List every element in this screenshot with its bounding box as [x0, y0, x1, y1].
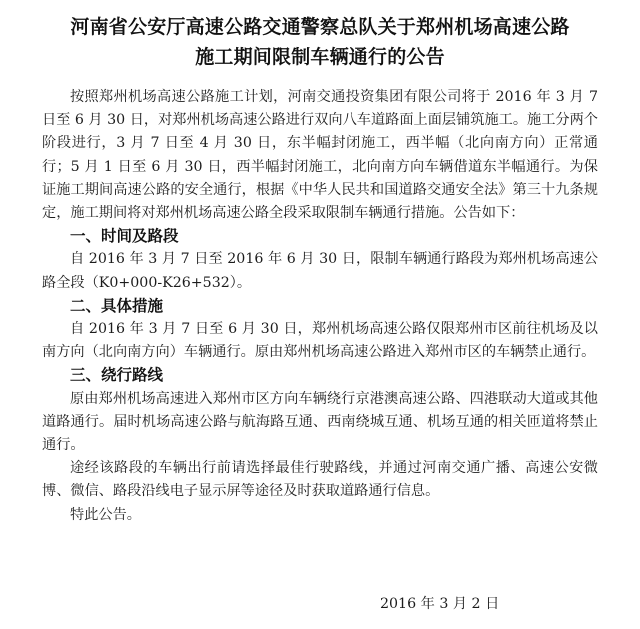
announcement-date: 2016 年 3 月 2 日 [380, 593, 499, 613]
section-heading-time-and-road: 一、时间及路段 [42, 225, 598, 248]
closing-paragraph: 特此公告。 [42, 504, 598, 527]
announcement-title-line-2: 施工期间限制车辆通行的公告 [0, 42, 640, 69]
section-heading-detour-route: 三、绕行路线 [42, 364, 598, 387]
section-paragraph: 途经该路段的车辆出行前请选择最佳行驶路线，并通过河南交通广播、高速公安微博、微信… [42, 457, 598, 503]
section-paragraph: 自 2016 年 3 月 7 日至 2016 年 6 月 30 日，限制车辆通行… [42, 248, 598, 294]
section-paragraph: 自 2016 年 3 月 7 日至 6 月 30 日，郑州机场高速公路仅限郑州市… [42, 318, 598, 364]
announcement-body: 按照郑州机场高速公路施工计划，河南交通投资集团有限公司将于 2016 年 3 月… [42, 86, 598, 527]
section-heading-measures: 二、具体措施 [42, 295, 598, 318]
announcement-title-line-1: 河南省公安厅高速公路交通警察总队关于郑州机场高速公路 [0, 12, 640, 39]
intro-paragraph: 按照郑州机场高速公路施工计划，河南交通投资集团有限公司将于 2016 年 3 月… [42, 86, 598, 225]
section-paragraph: 原由郑州机场高速进入郑州市区方向车辆绕行京港澳高速公路、四港联动大道或其他道路通… [42, 388, 598, 458]
